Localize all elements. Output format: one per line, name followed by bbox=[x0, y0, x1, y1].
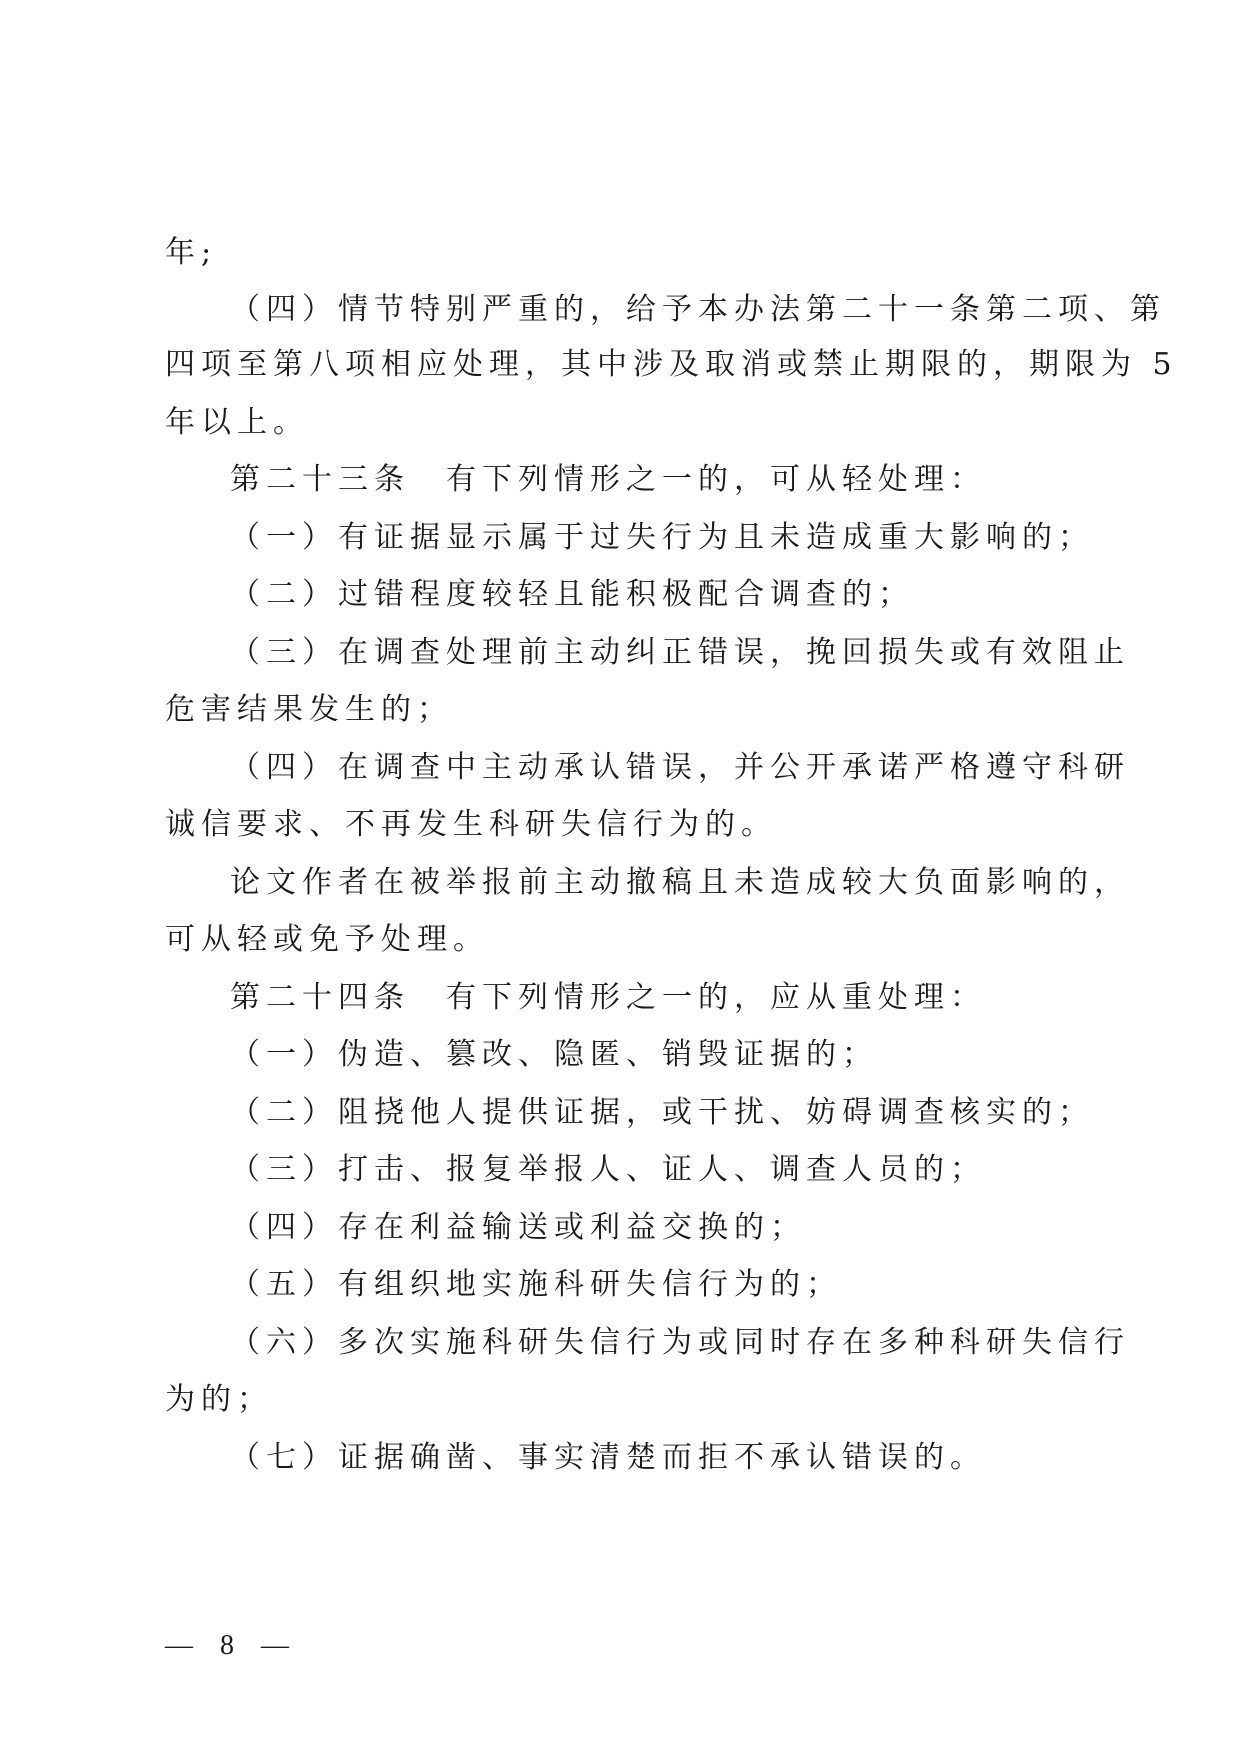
text-line: 可从轻或免予处理。 bbox=[165, 920, 489, 960]
text-line: （七）证据确凿、事实清楚而拒不承认错误的。 bbox=[230, 1438, 986, 1478]
text-line: （四）在调查中主动承认错误，并公开承诺严格遵守科研 bbox=[230, 748, 1130, 788]
text-line: （五）有组织地实施科研失信行为的； bbox=[230, 1265, 842, 1305]
text-line: 第二十三条 有下列情形之一的，可从轻处理： bbox=[230, 460, 986, 500]
text-line: 年; bbox=[165, 233, 217, 273]
text-line: （二）过错程度较轻且能积极配合调查的； bbox=[230, 575, 914, 615]
text-line: 四项至第八项相应处理，其中涉及取消或禁止期限的，期限为 5 bbox=[165, 345, 1178, 385]
page-number: — 8 — bbox=[165, 1630, 299, 1662]
text-line: 为的； bbox=[165, 1380, 273, 1420]
text-line: （四）情节特别严重的，给予本办法第二十一条第二项、第 bbox=[230, 290, 1166, 330]
text-line: 第二十四条 有下列情形之一的，应从重处理： bbox=[230, 978, 986, 1018]
text-line: 论文作者在被举报前主动撤稿且未造成较大负面影响的， bbox=[230, 863, 1130, 903]
text-line: （二）阻挠他人提供证据，或干扰、妨碍调查核实的； bbox=[230, 1093, 1094, 1133]
text-line: 危害结果发生的； bbox=[165, 690, 453, 730]
text-line: （一）有证据显示属于过失行为且未造成重大影响的； bbox=[230, 518, 1094, 558]
text-line: （三）在调查处理前主动纠正错误，挽回损失或有效阻止 bbox=[230, 633, 1130, 673]
text-line: （四）存在利益输送或利益交换的； bbox=[230, 1208, 806, 1248]
text-line: 诚信要求、不再发生科研失信行为的。 bbox=[165, 805, 777, 845]
text-line: （一）伪造、篡改、隐匿、销毁证据的； bbox=[230, 1035, 878, 1075]
text-line: 年以上。 bbox=[165, 403, 309, 443]
text-line: （三）打击、报复举报人、证人、调查人员的； bbox=[230, 1150, 986, 1190]
text-line: （六）多次实施科研失信行为或同时存在多种科研失信行 bbox=[230, 1323, 1130, 1363]
